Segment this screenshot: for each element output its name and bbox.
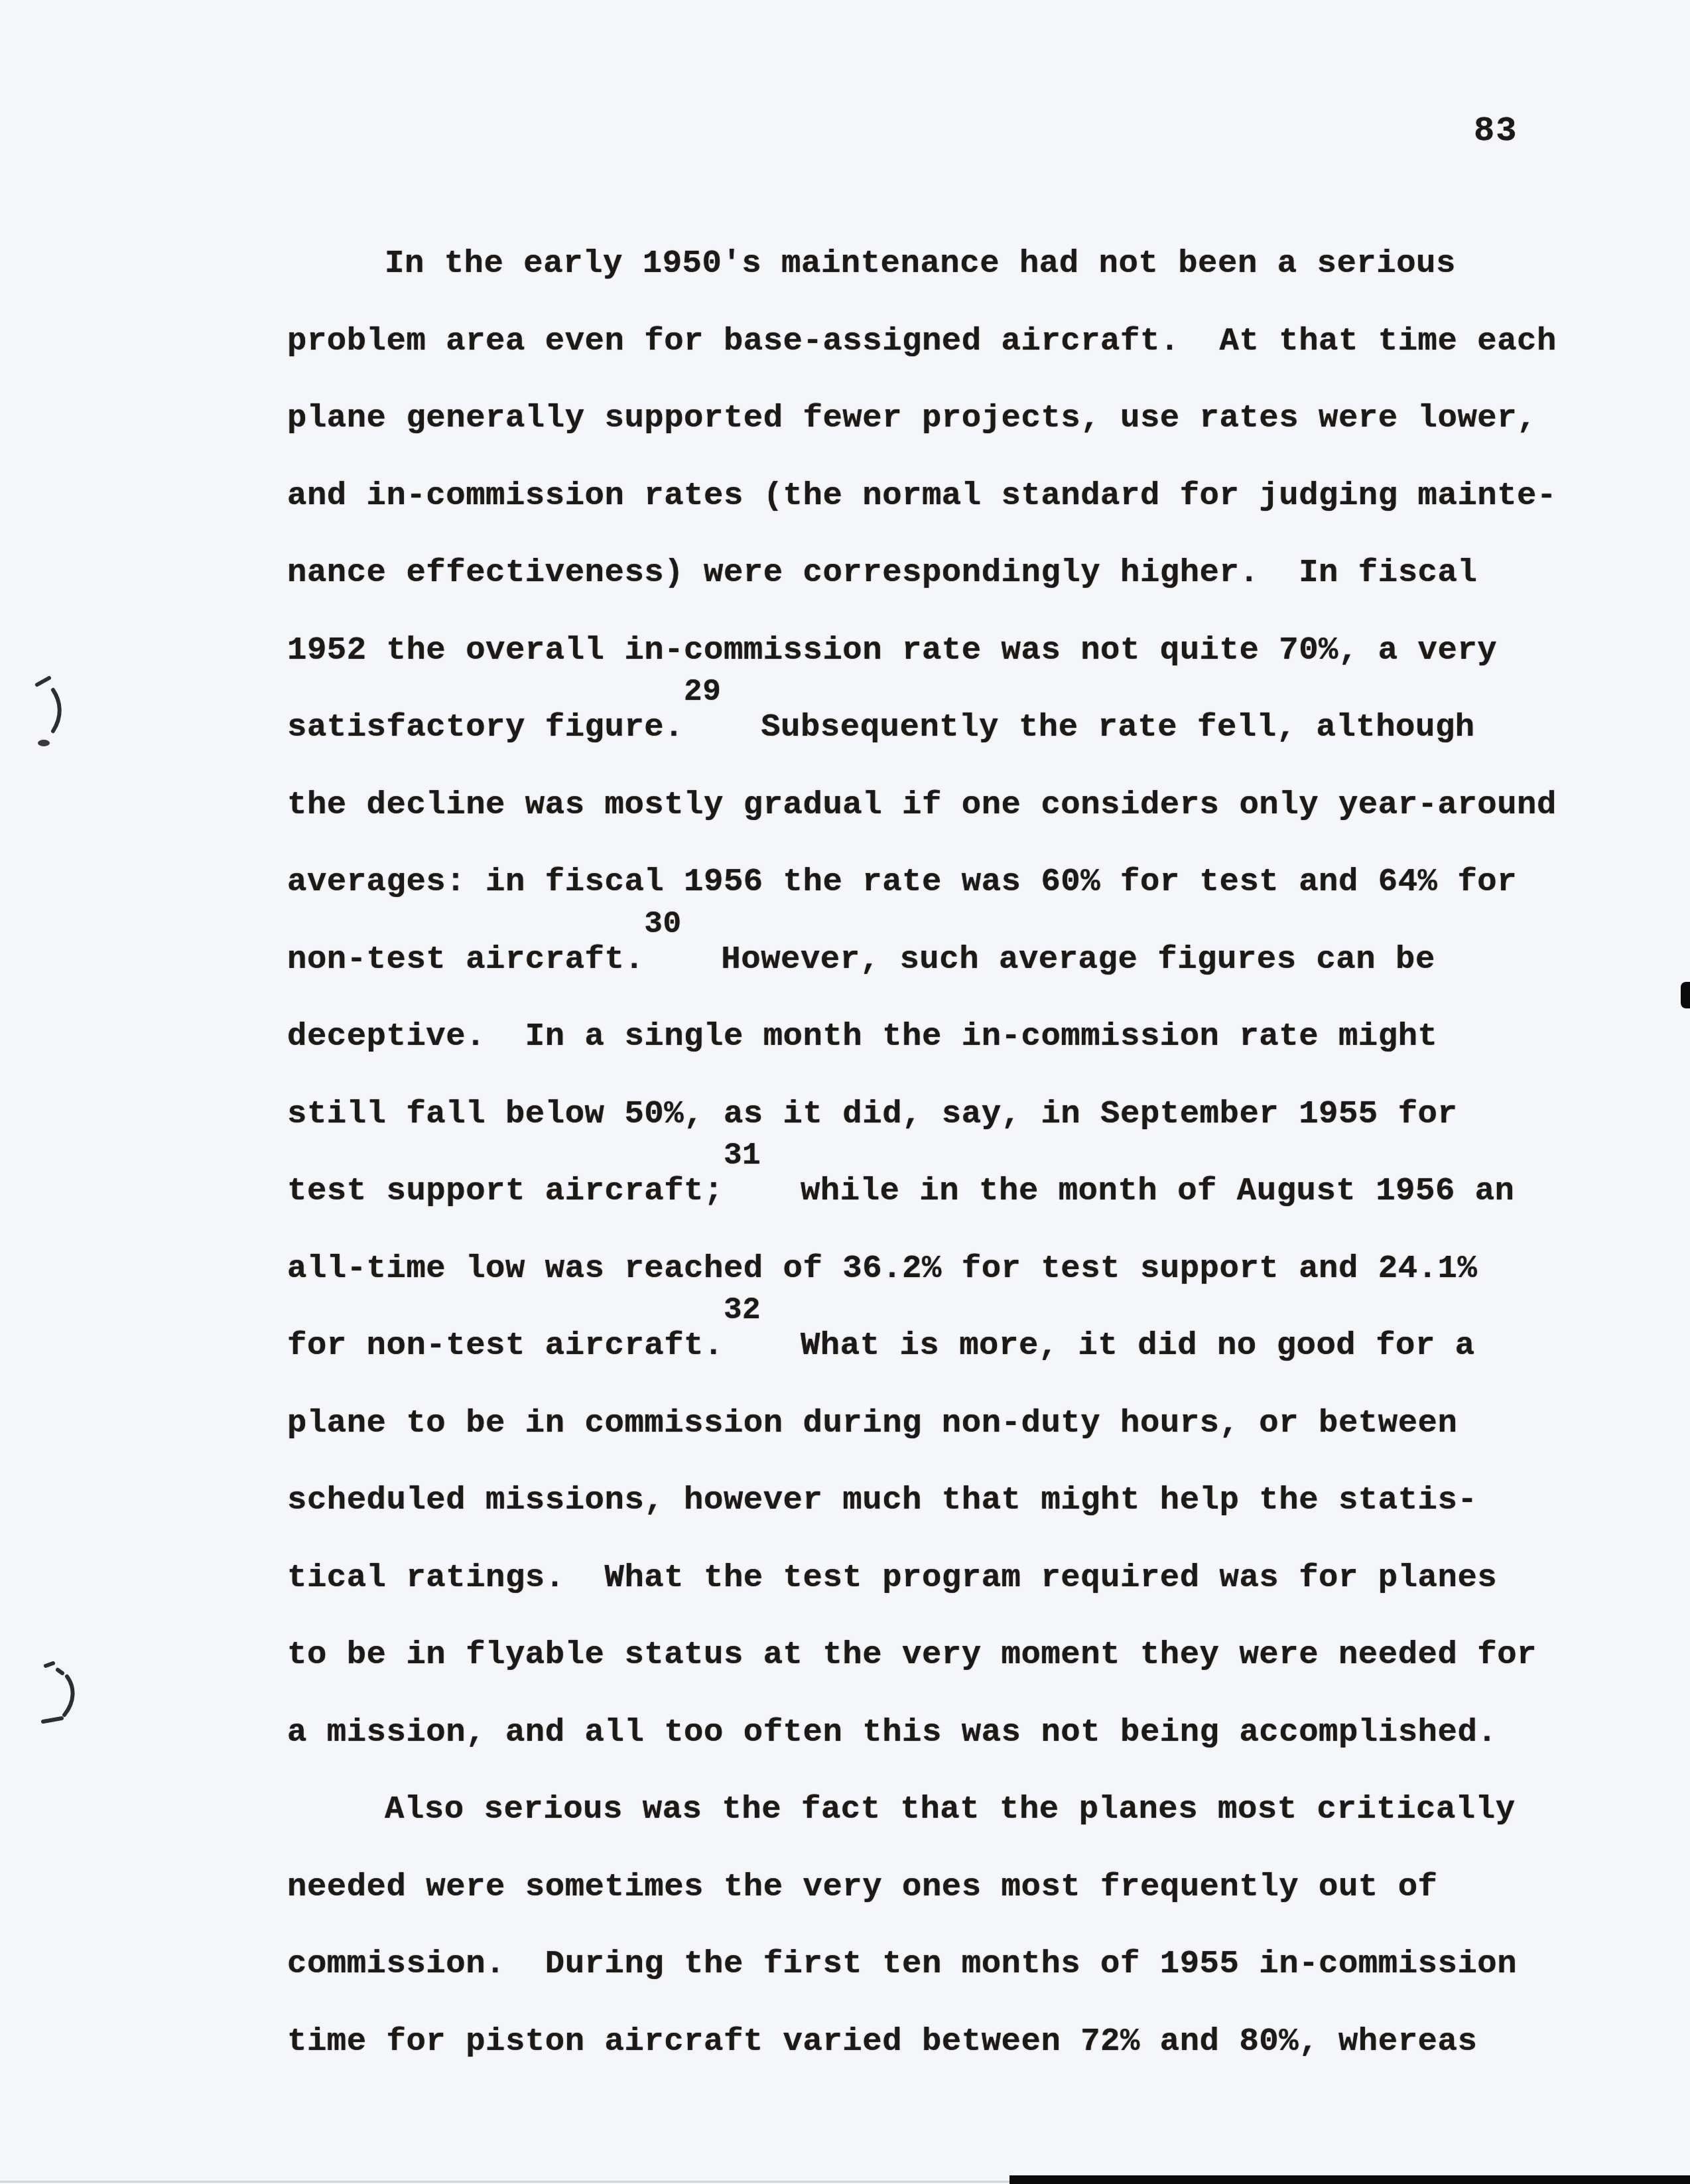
text-line: for non-test aircraft.32 What is more, i… [287,1330,1475,1362]
text-line: tical ratings. What the test program req… [287,1562,1497,1594]
text-line: In the early 1950's maintenance had not … [287,247,1456,280]
text-line: still fall below 50%, as it did, say, in… [287,1098,1457,1130]
text-line: all-time low was reached of 36.2% for te… [287,1253,1477,1285]
text-line: test support aircraft;31 while in the mo… [287,1175,1515,1207]
text-segment: commission. During the first ten months … [287,1945,1517,1982]
text-segment: to be in flyable status at the very mome… [287,1636,1537,1673]
text-segment: a mission, and all too often this was no… [287,1714,1497,1751]
text-line: deceptive. In a single month the in-comm… [287,1020,1437,1053]
text-segment: deceptive. In a single month the in-comm… [287,1018,1437,1055]
text-segment: 1952 the overall in-commission rate was … [287,632,1497,669]
footnote-ref: 31 [724,1140,761,1171]
text-segment: still fall below 50%, as it did, say, in… [287,1095,1457,1132]
text-segment: averages: in fiscal 1956 the rate was 60… [287,863,1517,900]
text-segment: while in the month of August 1956 an [761,1172,1514,1209]
text-line: plane to be in commission during non-dut… [287,1407,1457,1440]
text-segment: time for piston aircraft varied between … [287,2023,1477,2060]
scan-strip-bottom-edge [1009,2175,1690,2184]
pencil-paren-mark [36,1655,93,1735]
text-line: 1952 the overall in-commission rate was … [287,634,1497,667]
text-line: and in-commission rates (the normal stan… [287,480,1557,512]
text-line: time for piston aircraft varied between … [287,2025,1477,2058]
text-segment: plane to be in commission during non-dut… [287,1404,1457,1442]
text-segment: and in-commission rates (the normal stan… [287,477,1557,514]
text-line: the decline was mostly gradual if one co… [287,789,1557,821]
scanned-document-page: 83 In the early 1950's maintenance had n… [0,0,1690,2184]
text-segment: needed were sometimes the very ones most… [287,1868,1437,1905]
text-segment: all-time low was reached of 36.2% for te… [287,1250,1477,1287]
text-line: problem area even for base-assigned airc… [287,325,1557,358]
text-segment: In the early 1950's maintenance had not … [385,245,1456,282]
pencil-paren-mark [32,669,78,752]
text-block: In the early 1950's maintenance had not … [0,0,1690,2184]
text-segment: tical ratings. What the test program req… [287,1559,1497,1596]
text-segment: However, such average figures can be [682,941,1435,978]
text-line: scheduled missions, however much that mi… [287,1484,1477,1517]
text-segment: Also serious was the fact that the plane… [385,1791,1516,1828]
text-line: averages: in fiscal 1956 the rate was 60… [287,866,1517,898]
text-segment: nance effectiveness) were correspondingl… [287,554,1477,591]
text-line: nance effectiveness) were correspondingl… [287,557,1477,589]
text-line: commission. During the first ten months … [287,1948,1517,1980]
footnote-ref: 29 [684,677,721,707]
text-segment: satisfactory figure. [287,709,684,746]
text-line: to be in flyable status at the very mome… [287,1639,1537,1671]
text-segment: plane generally supported fewer projects… [287,399,1537,437]
footnote-ref: 30 [644,909,681,939]
text-segment: the decline was mostly gradual if one co… [287,786,1557,823]
text-line: Also serious was the fact that the plane… [287,1793,1516,1826]
text-line: non-test aircraft.30 However, such avera… [287,943,1435,976]
footnote-ref: 32 [724,1295,761,1326]
text-line: a mission, and all too often this was no… [287,1716,1497,1749]
scan-line-bottom-edge [0,2181,1011,2183]
text-segment: non-test aircraft. [287,941,644,978]
text-segment: scheduled missions, however much that mi… [287,1481,1477,1519]
text-line: needed were sometimes the very ones most… [287,1871,1437,1903]
text-segment: What is more, it did no good for a [761,1327,1475,1364]
text-segment: Subsequently the rate fell, although [721,709,1474,746]
text-segment: for non-test aircraft. [287,1327,724,1364]
text-segment: problem area even for base-assigned airc… [287,322,1557,360]
scan-blob-right-edge [1681,982,1690,1008]
text-line: satisfactory figure.29 Subsequently the … [287,711,1475,744]
text-segment: test support aircraft; [287,1172,724,1209]
text-line: plane generally supported fewer projects… [287,402,1537,435]
